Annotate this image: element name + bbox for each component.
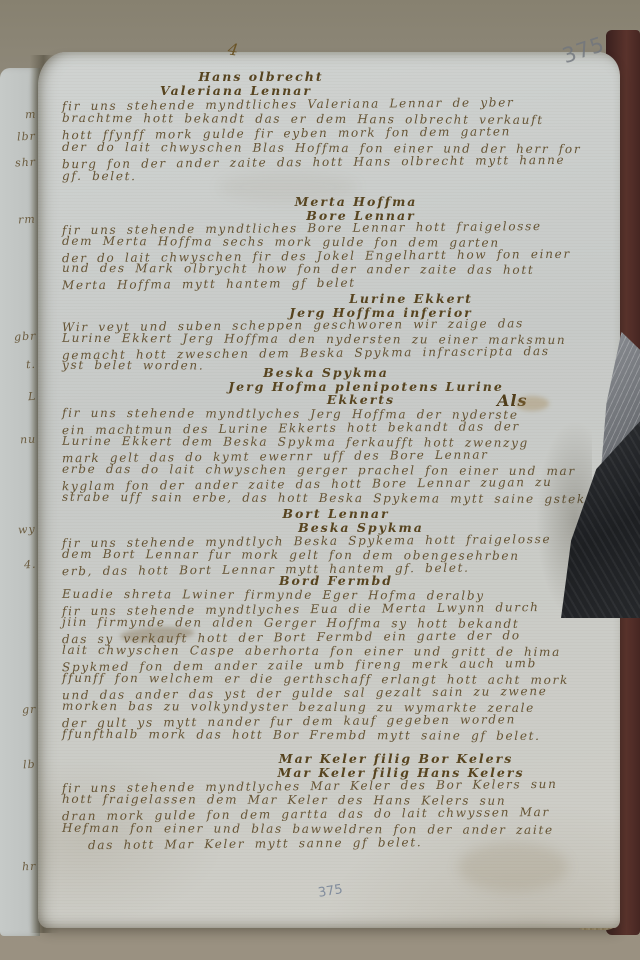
section-heading: Hans olbrecht [2, 70, 520, 84]
manuscript-section: Merta HoffmaBore Lennarfir uns stehende … [62, 195, 580, 291]
manuscript-section: Hans olbrechtValeriana Lennarfir uns ste… [62, 70, 580, 185]
manuscript-line: ffunfthalb mork das hott Bor Frembd mytt… [62, 727, 580, 743]
section-heading: Merta Hoffma [97, 195, 615, 209]
manuscript-line: das hott Mar Keler mytt sanne gf belet. [88, 834, 580, 852]
manuscript-line: gf. belet. [62, 169, 580, 186]
manuscript-section: Bort LennarBeska Spykmafir uns stehende … [62, 507, 580, 576]
section-heading: Lurine Ekkert [152, 292, 640, 306]
section-heading: Bord Fermbd [77, 574, 595, 588]
manuscript-line: Merta Hoffma mytt hantem gf belet [62, 275, 580, 293]
manuscript-section: Mar Keler filig Bor KelersMar Keler fili… [62, 752, 580, 850]
manuscript-line: strabe uff sain erbe, das hott Beska Spy… [62, 489, 580, 505]
section-heading: Mar Keler filig Bor Kelers [137, 752, 640, 766]
section-heading: Bort Lennar [77, 507, 595, 521]
manuscript-section: Beska SpykmaJerg Hofma plenipotens Lurin… [62, 366, 580, 505]
manuscript-page: 4 375 Hans olbrechtValeriana Lennarfir u… [38, 52, 620, 928]
section-heading: Valeriana Lennar [0, 84, 495, 98]
margin-note-als: Als [497, 391, 528, 410]
section-heading: Ekkerts [102, 393, 620, 407]
photo-background: { "page": { "pencil_number_top": "375", … [0, 0, 640, 960]
page-number-pencil-top: 375 [559, 32, 607, 68]
folio-top-mark: 4 [227, 39, 240, 59]
section-heading: Jerg Hofma plenipotens Lurine [107, 380, 625, 394]
manuscript-section: Lurine EkkertJerg Hoffma inferiorWir vey… [62, 292, 580, 374]
manuscript-section: Bord FermbdEuadie shreta Lwiner firmynde… [62, 574, 580, 743]
section-heading: Beska Spykma [67, 366, 585, 380]
page-number-pencil-bottom: 375 [317, 882, 344, 901]
book-weight [556, 320, 640, 618]
